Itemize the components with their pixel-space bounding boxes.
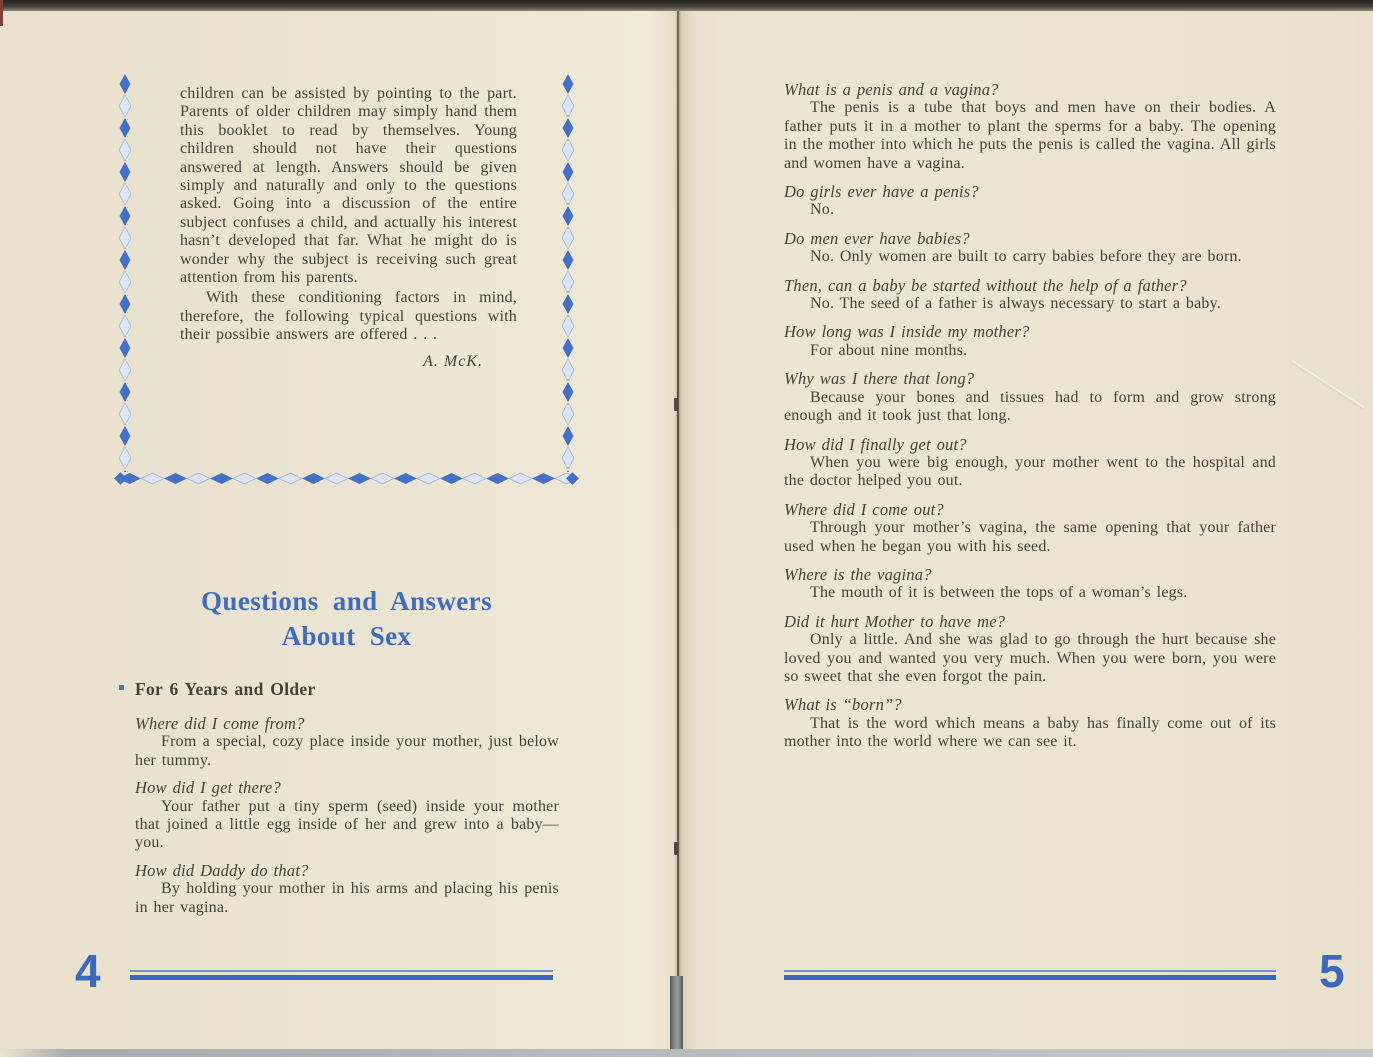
booklet-page-right: What is a penis and a vagina? The penis … bbox=[679, 11, 1373, 1050]
scan-left-edge bbox=[0, 0, 3, 26]
footer-rule-right bbox=[784, 970, 1276, 980]
intro-paragraph: With these conditioning factors in mind,… bbox=[180, 289, 517, 344]
page-number-left: 4 bbox=[75, 944, 101, 998]
gutter-gap bbox=[670, 976, 683, 1049]
question-text: Did it hurt Mother to have me? bbox=[784, 613, 1276, 631]
question-text: What is “born”? bbox=[784, 696, 1276, 714]
question-text: How did Daddy do that? bbox=[135, 862, 559, 880]
answer-text: By holding your mother in his arms and p… bbox=[135, 880, 559, 917]
answer-text: When you were big enough, your mother we… bbox=[784, 454, 1276, 491]
rule-thick bbox=[130, 975, 553, 980]
answer-text: For about nine months. bbox=[784, 342, 1276, 360]
paper-crease bbox=[1291, 360, 1364, 409]
section-heading-line2: About Sex bbox=[118, 619, 575, 654]
question-text: Where did I come from? bbox=[135, 715, 559, 733]
scan-top-edge bbox=[0, 0, 1373, 11]
answer-text: Only a little. And she was glad to go th… bbox=[784, 631, 1276, 686]
diamond-chain-border-left bbox=[118, 73, 132, 472]
intro-text: children can be assisted by pointing to … bbox=[180, 85, 517, 371]
diamond-chain-border-bottom bbox=[118, 472, 575, 485]
qa-list-left: Where did I come from? From a special, c… bbox=[135, 715, 559, 917]
author-signature: A. McK. bbox=[180, 353, 517, 371]
question-text: Why was I there that long? bbox=[784, 370, 1276, 388]
rule-thin bbox=[130, 970, 553, 972]
intro-paragraph: children can be assisted by pointing to … bbox=[180, 85, 517, 287]
section-heading: Questions and Answers About Sex bbox=[118, 584, 575, 654]
answer-text: That is the word which means a baby has … bbox=[784, 715, 1276, 752]
footnote-mark-icon bbox=[119, 685, 124, 690]
answer-text: No. Only women are built to carry babies… bbox=[784, 248, 1276, 266]
section-heading-line1: Questions and Answers bbox=[118, 584, 575, 619]
answer-text: No. bbox=[784, 201, 1276, 219]
staple-icon bbox=[674, 842, 678, 855]
booklet-page-left: children can be assisted by pointing to … bbox=[0, 11, 677, 1050]
question-text: What is a penis and a vagina? bbox=[784, 81, 1276, 99]
question-text: Then, can a baby be started without the … bbox=[784, 277, 1276, 295]
scan-bottom-edge bbox=[0, 1049, 1373, 1057]
answer-text: The mouth of it is between the tops of a… bbox=[784, 584, 1276, 602]
question-text: Do men ever have babies? bbox=[784, 230, 1276, 248]
rule-thick bbox=[784, 975, 1276, 980]
answer-text: From a special, cozy place inside your m… bbox=[135, 733, 559, 770]
staple-icon bbox=[674, 398, 678, 411]
answer-text: Through your mother’s vagina, the same o… bbox=[784, 519, 1276, 556]
page-number-right: 5 bbox=[1319, 944, 1345, 998]
diamond-chain-border-right bbox=[561, 73, 575, 472]
rule-thin bbox=[784, 970, 1276, 972]
answer-text: The penis is a tube that boys and men ha… bbox=[784, 99, 1276, 173]
question-text: How long was I inside my mother? bbox=[784, 323, 1276, 341]
answer-text: No. The seed of a father is always neces… bbox=[784, 295, 1276, 313]
question-text: Where did I come out? bbox=[784, 501, 1276, 519]
answer-text: Your father put a tiny sperm (seed) insi… bbox=[135, 798, 559, 853]
decorative-intro-box: children can be assisted by pointing to … bbox=[118, 73, 575, 485]
answer-text: Because your bones and tissues had to fo… bbox=[784, 389, 1276, 426]
age-group-label: For 6 Years and Older bbox=[135, 679, 316, 700]
question-text: How did I get there? bbox=[135, 779, 559, 797]
question-text: How did I finally get out? bbox=[784, 436, 1276, 454]
question-text: Do girls ever have a penis? bbox=[784, 183, 1276, 201]
qa-list-right: What is a penis and a vagina? The penis … bbox=[784, 81, 1276, 752]
question-text: Where is the vagina? bbox=[784, 566, 1276, 584]
footer-rule-left bbox=[130, 970, 553, 980]
page-gutter bbox=[677, 11, 679, 1049]
